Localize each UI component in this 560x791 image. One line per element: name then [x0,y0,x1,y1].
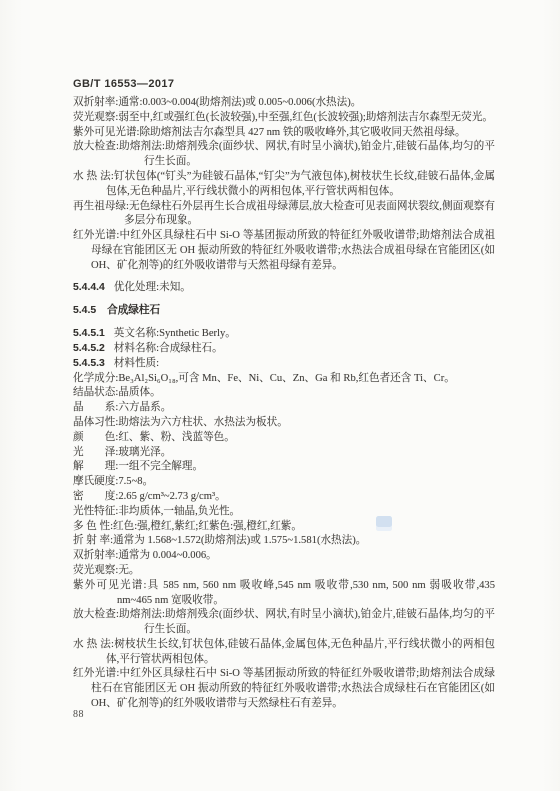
property-value: 2.65 g/cm³~2.73 g/cm³。 [118,491,225,502]
clause-number: 5.4.5.2 [73,343,105,354]
standard-code-header: GB/T 16553—2017 [73,78,174,90]
property-value: 7.5~8。 [118,476,153,487]
property-label: 双折射率: [73,550,118,561]
property-value: 除助熔剂法吉尔森型具 427 nm 铁的吸收峰外,其它吸收同天然祖母绿。 [140,127,466,138]
property-line-uv-vis-spectrum-2: 紫外可见光谱:具 585 nm, 560 nm 吸收峰,545 nm 吸收带,5… [73,579,495,609]
clause-number: 5.4.5.3 [73,358,105,369]
property-line-cleavage: 解 理:一组不完全解理。 [73,460,495,475]
property-label: 密 度: [73,491,118,502]
property-line-luster: 光 泽:玻璃光泽。 [73,446,495,461]
property-line-regrown-emerald: 再生祖母绿:无色绿柱石外层再生长合成祖母绿薄层,放大检查可见表面网状裂纹,侧面观… [73,200,495,230]
property-value: 具 585 nm, 560 nm 吸收峰,545 nm 吸收带,530 nm, … [117,580,495,606]
property-value: 红色:强,橙红,紫红;红紫色:强,橙红,红紫。 [113,521,302,532]
property-line-crystal-habit: 晶体习性:助熔法为六方柱状、水热法为板状。 [73,416,495,431]
property-value: 通常为 1.568~1.572(助熔剂法)或 1.575~1.581(水热法)。 [113,535,366,546]
clause-number: 5.4.5 [73,305,96,316]
property-line-color: 颜 色:红、紫、粉、浅蓝等色。 [73,431,495,446]
property-line-pleochroism: 多 色 性:红色:强,橙红,紫红;红紫色:强,橙红,红紫。 [73,520,495,535]
property-label: 水 热 法: [73,639,114,650]
property-line-magnification-flux: 放大检查:助熔剂法:助熔剂残余(面纱状、网状,有时呈小滴状),铂金片,硅铍石晶体… [73,140,495,170]
clause-title: 合成绿柱石 [107,305,160,316]
property-line-hydrothermal-2: 水 热 法:树枝状生长纹,钉状包体,硅铍石晶体,金属包体,无色种晶片,平行线状微… [73,638,495,668]
property-value: 晶质体。 [118,387,160,398]
property-label: 红外光谱: [73,230,119,241]
property-line-refractive-index: 折 射 率:通常为 1.568~1.572(助熔剂法)或 1.575~1.581… [73,534,495,549]
property-value: 通常:0.003~0.004(助熔剂法)或 0.005~0.006(水热法)。 [118,97,361,108]
property-value: 玻璃光泽。 [118,447,171,458]
property-line-optic-character: 光性特征:非均质体,一轴晶,负光性。 [73,505,495,520]
clause-5-4-4-4: 5.4.4.4优化处理:未知。 [73,281,495,296]
property-line-uv-vis-spectrum: 紫外可见光谱:除助熔剂法吉尔森型具 427 nm 铁的吸收峰外,其它吸收同天然祖… [73,126,495,141]
property-line-mohs-hardness: 摩氏硬度:7.5~8。 [73,475,495,490]
clause-5-4-5-heading: 5.4.5合成绿柱石 [73,304,495,319]
property-label: 放大检查: [73,141,119,152]
property-value: 红、紫、粉、浅蓝等色。 [118,432,235,443]
property-label: 解 理: [73,461,118,472]
property-label: 多 色 性: [73,521,113,532]
property-line-crystal-state: 结晶状态:晶质体。 [73,386,495,401]
property-label: 结晶状态: [73,387,118,398]
property-line-density: 密 度:2.65 g/cm³~2.73 g/cm³。 [73,490,495,505]
property-value: 钉状包体(“钉头”为硅铍石晶体,“钉尖”为气液包体),树枝状生长纹,硅铍石晶体,… [106,171,495,197]
property-value: 中红外区具绿柱石中 Si-O 等基团振动所致的特征红外吸收谱带;助熔剂法合成绿柱… [91,668,495,709]
clause-number: 5.4.5.1 [73,328,105,339]
property-label: 再生祖母绿: [73,201,129,212]
property-line-hydrothermal: 水 热 法:钉状包体(“钉头”为硅铍石晶体,“钉尖”为气液包体),树枝状生长纹,… [73,170,495,200]
property-label: 荧光观察: [73,565,118,576]
property-value: 树枝状生长纹,钉状包体,硅铍石晶体,金属包体,无色种晶片,平行线状微小的两相包体… [106,639,495,665]
property-value: 助熔剂法:助熔剂残余(面纱状、网状,有时呈小滴状),铂金片,硅铍石晶体,均匀的平… [119,609,495,635]
property-label: 荧光观察: [73,112,118,123]
property-value: 六方晶系。 [118,402,171,413]
property-value: 非均质体,一轴晶,负光性。 [118,506,240,517]
property-line-fluorescence-2: 荧光观察:无。 [73,564,495,579]
clause-text: 英文名称:Synthetic Berly。 [114,328,236,339]
property-label: 光性特征: [73,506,118,517]
property-value: 助熔剂法:助熔剂残余(面纱状、网状,有时呈小滴状),铂金片,硅铍石晶体,均匀的平… [119,141,495,167]
page-number: 88 [73,709,84,720]
clause-text: 优化处理:未知。 [114,282,191,293]
property-label: 晶体习性: [73,417,118,428]
property-value: Be₃Al₂Si₆O₁₈,可含 Mn、Fe、Ni、Cu、Zn、Ga 和 Rb,红… [118,373,455,384]
property-label: 颜 色: [73,432,118,443]
property-label: 晶 系: [73,402,118,413]
clause-text: 材料性质: [114,358,159,369]
clause-number: 5.4.4.4 [73,282,105,293]
property-value: 弱至中,红或强红色(长波较强),中至强,红色(长波较强);助熔剂法吉尔森型无荧光… [118,112,493,123]
property-label: 红外光谱: [73,668,119,679]
property-label: 光 泽: [73,447,118,458]
property-line-magnification-flux-2: 放大检查:助熔剂法:助熔剂残余(面纱状、网状,有时呈小滴状),铂金片,硅铍石晶体… [73,608,495,638]
property-line-fluorescence: 荧光观察:弱至中,红或强红色(长波较强),中至强,红色(长波较强);助熔剂法吉尔… [73,111,495,126]
property-label: 紫外可见光谱: [73,580,146,591]
property-label: 水 热 法: [73,171,114,182]
property-line-chemical-composition: 化学成分:Be₃Al₂Si₆O₁₈,可含 Mn、Fe、Ni、Cu、Zn、Ga 和… [73,372,495,387]
property-label: 摩氏硬度: [73,476,118,487]
property-value: 一组不完全解理。 [118,461,203,472]
document-body: 双折射率:通常:0.003~0.004(助熔剂法)或 0.005~0.006(水… [73,96,495,712]
property-line-infrared-spectrum-2: 红外光谱:中红外区具绿柱石中 Si-O 等基团振动所致的特征红外吸收谱带;助熔剂… [73,667,495,711]
scanned-document-page: GB/T 16553—2017 双折射率:通常:0.003~0.004(助熔剂法… [0,0,560,791]
property-label: 化学成分: [73,373,118,384]
watermark-stamp [376,516,392,531]
property-line-birefringence-2: 双折射率:通常为 0.004~0.006。 [73,549,495,564]
property-value: 无。 [118,565,139,576]
clause-5-4-5-2: 5.4.5.2材料名称:合成绿柱石。 [73,342,495,357]
property-label: 放大检查: [73,609,119,620]
property-label: 双折射率: [73,97,118,108]
property-value: 助熔法为六方柱状、水热法为板状。 [118,417,288,428]
property-value: 中红外区具绿柱石中 Si-O 等基团振动所致的特征红外吸收谱带;助熔剂法合成祖母… [91,230,495,271]
clause-text: 材料名称:合成绿柱石。 [114,343,223,354]
clause-5-4-5-3: 5.4.5.3材料性质: [73,357,495,372]
property-line-infrared-spectrum: 红外光谱:中红外区具绿柱石中 Si-O 等基团振动所致的特征红外吸收谱带;助熔剂… [73,229,495,273]
property-line-birefringence: 双折射率:通常:0.003~0.004(助熔剂法)或 0.005~0.006(水… [73,96,495,111]
clause-5-4-5-1: 5.4.5.1英文名称:Synthetic Berly。 [73,327,495,342]
property-value: 通常为 0.004~0.006。 [118,550,216,561]
property-value: 无色绿柱石外层再生长合成祖母绿薄层,放大检查可见表面网状裂纹,侧面观察有多层分布… [124,201,495,227]
property-label: 折 射 率: [73,535,113,546]
property-label: 紫外可见光谱: [73,127,140,138]
property-line-crystal-system: 晶 系:六方晶系。 [73,401,495,416]
